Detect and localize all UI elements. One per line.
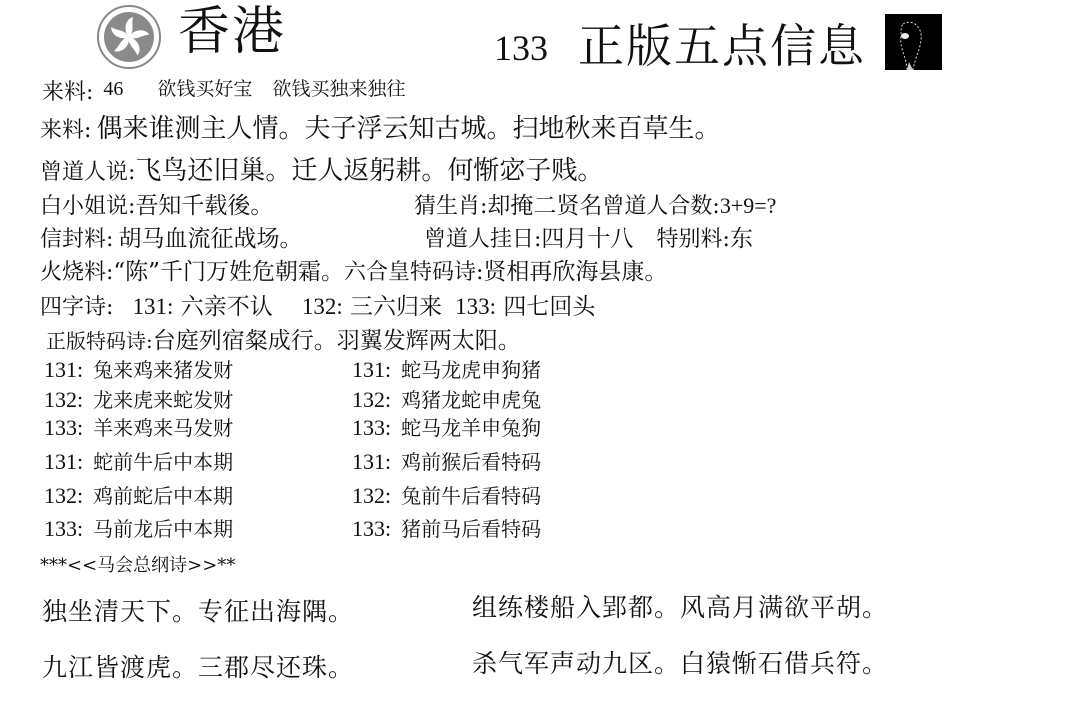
poem-line-left-2: 九江皆渡虎。三郡尽还珠。 (42, 648, 354, 684)
si-zi-shi-no: 132: (302, 294, 343, 319)
guess-zodiac-text: 却掩二贤名 (487, 193, 602, 219)
huo-shao-label: 火烧料: (40, 260, 113, 285)
lai-liao-line-1: 来料:46欲钱买好宝欲钱买独来独往 (42, 74, 405, 106)
section-title: ***<<马会总纲诗>>** (40, 551, 235, 577)
si-zi-shi-text: 六亲不认 (181, 294, 273, 320)
si-zi-shi-label: 四字诗: (40, 295, 113, 320)
zodiac-list-right-item: 131:鸡前猴后看特码 (352, 446, 541, 475)
bai-xiao-jie-label: 白小姐说: (40, 194, 135, 219)
zeng-dao-ren-text: 飞鸟还旧巢。迁人返躬耕。何惭宓子贱。 (135, 156, 603, 186)
guess-zodiac-label: 猜生肖: (414, 194, 487, 219)
liu-he-poem-text: 贤相再欣海县康。 (483, 259, 667, 285)
huo-shao-text: “陈”千门万姓危朝霜。 (113, 259, 344, 285)
hang-day-text: 四月十八 (541, 226, 633, 252)
main-title: 正版五点信息 (578, 20, 866, 72)
zheng-ban-label: 正版特码诗: (46, 329, 153, 353)
hang-day: 曾道人挂日:四月十八 特别料:东 (424, 220, 753, 253)
zodiac-list-left-item: 131:兔来鸡来猪发财 (44, 354, 233, 383)
hang-day-label: 曾道人挂日: (424, 227, 541, 252)
si-zi-shi-text: 三六归来 (350, 294, 442, 320)
bai-xiao-jie-line: 白小姐说:吾知千载後。 (40, 187, 273, 220)
page-title-hong-kong: 香港 (178, 2, 286, 62)
si-zi-shi-text: 四七回头 (503, 294, 595, 320)
zheng-ban-text: 台庭列宿粲成行。羽翼发辉两太阳。 (153, 328, 521, 354)
poem-line-right-2: 杀气军声动九区。白猿惭石借兵符。 (472, 644, 888, 680)
zheng-ban-line: 正版特码诗:台庭列宿粲成行。羽翼发辉两太阳。 (46, 322, 521, 355)
lai-liao-label: 来料: (40, 118, 91, 143)
zodiac-list-left-item: 133:马前龙后中本期 (44, 513, 233, 542)
bai-xiao-jie-text: 吾知千载後。 (135, 193, 273, 219)
zeng-dao-ren-label: 曾道人说: (40, 160, 135, 185)
lai-liao-line-2: 来料: 偶来谁测主人情。夫子浮云知古城。扫地秋来百草生。 (40, 108, 721, 145)
lai-liao-text-2: 欲钱买独来独往 (272, 78, 405, 100)
poem-line-right-1: 组练楼船入郢都。风高月满欲平胡。 (472, 588, 888, 624)
guess-zodiac: 猜生肖:却掩二贤名曾道人合数:3+9=? (414, 187, 776, 220)
xin-feng-label: 信封料: (40, 227, 113, 252)
zodiac-list-left-item: 133:羊来鸡来马发财 (44, 412, 233, 441)
lai-liao-text-1: 欲钱买好宝 (157, 78, 252, 100)
zodiac-list-right-item: 133:猪前马后看特码 (352, 513, 541, 542)
si-zi-shi-line: 四字诗: 131: 六亲不认 132: 三六归来 133: 四七回头 (40, 288, 595, 321)
lai-liao-label: 来料: (42, 80, 93, 105)
sum-text: 3+9=? (720, 193, 777, 218)
hong-kong-bauhinia-emblem-icon (96, 4, 162, 70)
liu-he-poem-label: 六合皇特码诗: (344, 260, 483, 285)
issue-number: 133 (494, 28, 548, 68)
si-zi-shi-no: 131: (133, 294, 174, 319)
zodiac-list-left-item: 132:龙来虎来蛇发财 (44, 384, 233, 413)
zeng-dao-ren-line: 曾道人说:飞鸟还旧巢。迁人返躬耕。何惭宓子贱。 (40, 150, 603, 187)
lai-liao-number: 46 (103, 78, 123, 100)
zodiac-list-right-item: 131:蛇马龙虎申狗猪 (352, 354, 541, 383)
xin-feng-text: 胡马血流征战场。 (119, 226, 303, 252)
zodiac-list-right-item: 132:兔前牛后看特码 (352, 480, 541, 509)
sum-label: 曾道人合数: (602, 194, 719, 219)
zodiac-list-right-item: 132:鸡猪龙蛇申虎兔 (352, 384, 541, 413)
zodiac-list-left-item: 131:蛇前牛后中本期 (44, 446, 233, 475)
huo-shao-line: 火烧料:“陈”千门万姓危朝霜。六合皇特码诗:贤相再欣海县康。 (40, 253, 667, 286)
zodiac-list-left-item: 132:鸡前蛇后中本期 (44, 480, 233, 509)
poem-line-left-1: 独坐清天下。专征出海隅。 (42, 592, 354, 628)
portrait-photo-icon (885, 14, 942, 70)
si-zi-shi-no: 133: (455, 294, 496, 319)
special-text: 东 (730, 226, 753, 252)
xin-feng-line: 信封料: 胡马血流征战场。 (40, 220, 303, 253)
zodiac-list-right-item: 133:蛇马龙羊申兔狗 (352, 412, 541, 441)
lai-liao-poem: 偶来谁测主人情。夫子浮云知古城。扫地秋来百草生。 (97, 114, 721, 144)
special-label: 特别料: (657, 227, 730, 252)
